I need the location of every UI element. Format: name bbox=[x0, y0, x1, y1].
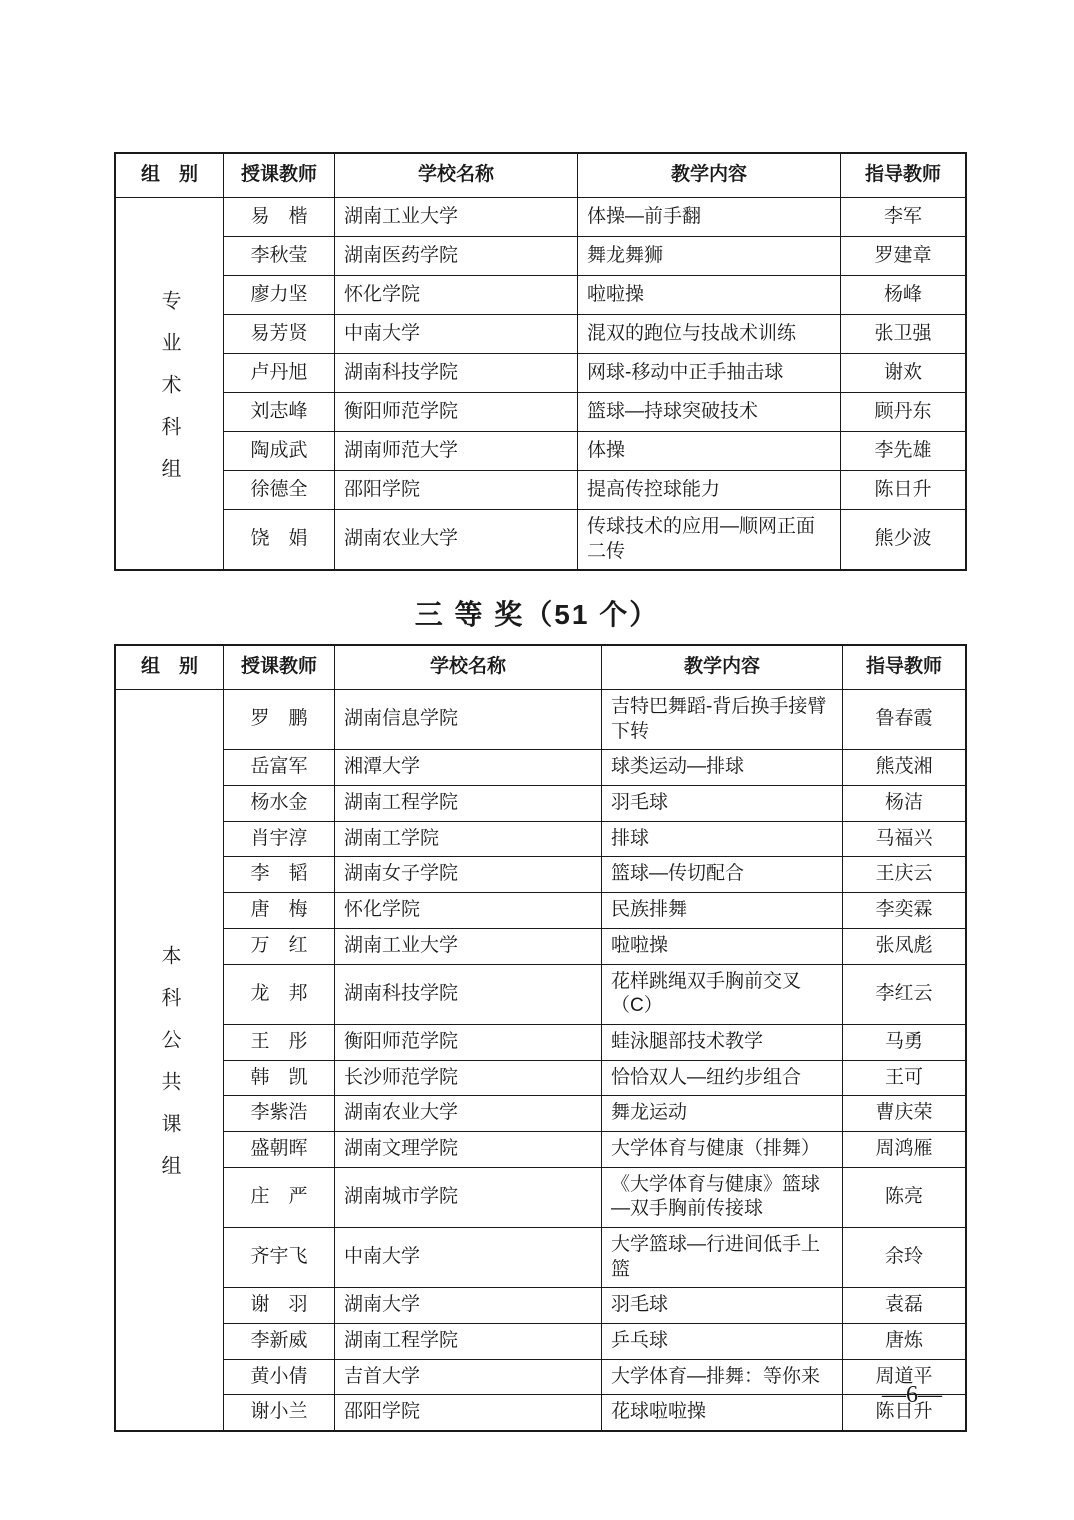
school-name: 中南大学 bbox=[335, 1228, 602, 1287]
teaching-content: 乒乓球 bbox=[602, 1324, 843, 1359]
teacher-name: 岳富军 bbox=[224, 750, 335, 785]
advisor-name: 袁磊 bbox=[843, 1288, 965, 1323]
advisor-name: 谢欢 bbox=[841, 354, 965, 392]
table-row: 卢丹旭 湖南科技学院 网球-移动中正手抽击球 谢欢 bbox=[224, 353, 965, 392]
teaching-content: 舞龙舞狮 bbox=[578, 237, 841, 275]
advisor-name: 马勇 bbox=[843, 1025, 965, 1060]
column-header-advisor: 指导教师 bbox=[841, 154, 965, 197]
advisor-name: 杨峰 bbox=[841, 276, 965, 314]
advisor-name: 鲁春霞 bbox=[843, 690, 965, 749]
teacher-name: 庄 严 bbox=[224, 1168, 335, 1227]
advisor-name: 顾丹东 bbox=[841, 393, 965, 431]
teaching-content: 提高传控球能力 bbox=[578, 471, 841, 509]
advisor-name: 余玲 bbox=[843, 1228, 965, 1287]
table-row: 陶成武 湖南师范大学 体操 李先雄 bbox=[224, 431, 965, 470]
table-header-row: 组 别 授课教师 学校名称 教学内容 指导教师 bbox=[116, 646, 965, 689]
teaching-content: 花样跳绳双手胸前交叉（C） bbox=[602, 965, 843, 1024]
advisor-name: 陈亮 bbox=[843, 1168, 965, 1227]
teacher-name: 谢小兰 bbox=[224, 1395, 335, 1430]
school-name: 怀化学院 bbox=[335, 276, 578, 314]
table-row: 李秋莹 湖南医药学院 舞龙舞狮 罗建章 bbox=[224, 236, 965, 275]
document-page: 组 别 授课教师 学校名称 教学内容 指导教师 专业术科组 易 楷 湖南工业大学… bbox=[0, 0, 1074, 1520]
table-row: 易芳贤 中南大学 混双的跑位与技战术训练 张卫强 bbox=[224, 314, 965, 353]
advisor-name: 唐炼 bbox=[843, 1324, 965, 1359]
school-name: 湖南科技学院 bbox=[335, 354, 578, 392]
advisor-name: 杨洁 bbox=[843, 786, 965, 821]
table-row: 杨水金 湖南工程学院 羽毛球 杨洁 bbox=[224, 785, 965, 821]
teaching-content: 羽毛球 bbox=[602, 786, 843, 821]
table-row: 万 红 湖南工业大学 啦啦操 张凤彪 bbox=[224, 928, 965, 964]
section-title: 三 等 奖（51 个） bbox=[0, 593, 1074, 633]
advisor-name: 李红云 bbox=[843, 965, 965, 1024]
table-body: 专业术科组 易 楷 湖南工业大学 体操—前手翻 李军 李秋莹 湖南医药学院 舞龙… bbox=[116, 197, 965, 569]
school-name: 中南大学 bbox=[335, 315, 578, 353]
teacher-name: 黄小倩 bbox=[224, 1360, 335, 1395]
teacher-name: 饶 娟 bbox=[224, 510, 335, 569]
group-cell: 专业术科组 bbox=[116, 198, 224, 569]
teacher-name: 徐德全 bbox=[224, 471, 335, 509]
table-row: 盛朝晖 湖南文理学院 大学体育与健康（排舞） 周鸿雁 bbox=[224, 1131, 965, 1167]
teaching-content: 大学篮球—行进间低手上篮 bbox=[602, 1228, 843, 1287]
teacher-name: 李秋莹 bbox=[224, 237, 335, 275]
teacher-name: 杨水金 bbox=[224, 786, 335, 821]
table-row: 黄小倩 吉首大学 大学体育—排舞：等你来 周道平 bbox=[224, 1359, 965, 1395]
teaching-content: 《大学体育与健康》篮球—双手胸前传接球 bbox=[602, 1168, 843, 1227]
school-name: 湖南女子学院 bbox=[335, 857, 602, 892]
teaching-content: 篮球—传切配合 bbox=[602, 857, 843, 892]
table-row: 谢 羽 湖南大学 羽毛球 袁磊 bbox=[224, 1287, 965, 1323]
teacher-name: 齐宇飞 bbox=[224, 1228, 335, 1287]
teaching-content: 球类运动—排球 bbox=[602, 750, 843, 785]
teaching-content: 花球啦啦操 bbox=[602, 1395, 843, 1430]
advisor-name: 曹庆荣 bbox=[843, 1096, 965, 1131]
teacher-name: 万 红 bbox=[224, 929, 335, 964]
school-name: 湖南师范大学 bbox=[335, 432, 578, 470]
advisor-name: 张卫强 bbox=[841, 315, 965, 353]
school-name: 湖南城市学院 bbox=[335, 1168, 602, 1227]
teaching-content: 蛙泳腿部技术教学 bbox=[602, 1025, 843, 1060]
teaching-content: 舞龙运动 bbox=[602, 1096, 843, 1131]
teacher-name: 龙 邦 bbox=[224, 965, 335, 1024]
table-row: 李紫浩 湖南农业大学 舞龙运动 曹庆荣 bbox=[224, 1095, 965, 1131]
table-row: 廖力坚 怀化学院 啦啦操 杨峰 bbox=[224, 275, 965, 314]
school-name: 长沙师范学院 bbox=[335, 1061, 602, 1096]
school-name: 湖南农业大学 bbox=[335, 1096, 602, 1131]
table-row: 谢小兰 邵阳学院 花球啦啦操 陈日升 bbox=[224, 1394, 965, 1430]
advisor-name: 王可 bbox=[843, 1061, 965, 1096]
teaching-content: 体操—前手翻 bbox=[578, 198, 841, 236]
teaching-content: 篮球—持球突破技术 bbox=[578, 393, 841, 431]
column-header-content: 教学内容 bbox=[602, 646, 843, 689]
teaching-content: 羽毛球 bbox=[602, 1288, 843, 1323]
table-row: 李新威 湖南工程学院 乒乓球 唐炼 bbox=[224, 1323, 965, 1359]
teacher-name: 李 韬 bbox=[224, 857, 335, 892]
column-header-teacher: 授课教师 bbox=[224, 646, 335, 689]
table-row: 肖宇淳 湖南工学院 排球 马福兴 bbox=[224, 821, 965, 857]
column-header-school: 学校名称 bbox=[335, 154, 578, 197]
school-name: 邵阳学院 bbox=[335, 1395, 602, 1430]
teacher-name: 王 彤 bbox=[224, 1025, 335, 1060]
school-name: 邵阳学院 bbox=[335, 471, 578, 509]
school-name: 湖南医药学院 bbox=[335, 237, 578, 275]
teacher-name: 谢 羽 bbox=[224, 1288, 335, 1323]
advisor-name: 熊茂湘 bbox=[843, 750, 965, 785]
advisor-name: 马福兴 bbox=[843, 822, 965, 857]
advisor-name: 王庆云 bbox=[843, 857, 965, 892]
teaching-content: 网球-移动中正手抽击球 bbox=[578, 354, 841, 392]
advisor-name: 陈日升 bbox=[841, 471, 965, 509]
table-row: 龙 邦 湖南科技学院 花样跳绳双手胸前交叉（C） 李红云 bbox=[224, 964, 965, 1024]
teacher-name: 刘志峰 bbox=[224, 393, 335, 431]
advisor-name: 李先雄 bbox=[841, 432, 965, 470]
school-name: 湖南工业大学 bbox=[335, 929, 602, 964]
column-header-group: 组 别 bbox=[116, 646, 224, 689]
teaching-content: 民族排舞 bbox=[602, 893, 843, 928]
school-name: 衡阳师范学院 bbox=[335, 393, 578, 431]
school-name: 湖南大学 bbox=[335, 1288, 602, 1323]
table-body: 本科公共课组 罗 鹏 湖南信息学院 吉特巴舞蹈-背后换手接臂下转 鲁春霞 岳富军… bbox=[116, 689, 965, 1430]
advisor-name: 张凤彪 bbox=[843, 929, 965, 964]
table-row: 王 彤 衡阳师范学院 蛙泳腿部技术教学 马勇 bbox=[224, 1024, 965, 1060]
group-label: 专业术科组 bbox=[155, 290, 184, 500]
school-name: 湖南工程学院 bbox=[335, 1324, 602, 1359]
table-row: 罗 鹏 湖南信息学院 吉特巴舞蹈-背后换手接臂下转 鲁春霞 bbox=[224, 690, 965, 749]
teacher-name: 卢丹旭 bbox=[224, 354, 335, 392]
column-header-advisor: 指导教师 bbox=[843, 646, 965, 689]
teacher-name: 唐 梅 bbox=[224, 893, 335, 928]
group-cell: 本科公共课组 bbox=[116, 690, 224, 1430]
school-name: 衡阳师范学院 bbox=[335, 1025, 602, 1060]
table-rows: 罗 鹏 湖南信息学院 吉特巴舞蹈-背后换手接臂下转 鲁春霞 岳富军 湘潭大学 球… bbox=[224, 690, 965, 1430]
teaching-content: 恰恰双人—纽约步组合 bbox=[602, 1061, 843, 1096]
school-name: 湖南文理学院 bbox=[335, 1132, 602, 1167]
teacher-name: 韩 凯 bbox=[224, 1061, 335, 1096]
teaching-content: 啦啦操 bbox=[602, 929, 843, 964]
table-row: 齐宇飞 中南大学 大学篮球—行进间低手上篮 余玲 bbox=[224, 1227, 965, 1287]
school-name: 湖南工程学院 bbox=[335, 786, 602, 821]
table-rows: 易 楷 湖南工业大学 体操—前手翻 李军 李秋莹 湖南医药学院 舞龙舞狮 罗建章… bbox=[224, 198, 965, 569]
school-name: 湘潭大学 bbox=[335, 750, 602, 785]
teacher-name: 罗 鹏 bbox=[224, 690, 335, 749]
school-name: 湖南工业大学 bbox=[335, 198, 578, 236]
teaching-content: 传球技术的应用—顺网正面二传 bbox=[578, 510, 841, 569]
teacher-name: 盛朝晖 bbox=[224, 1132, 335, 1167]
page-number: —6— bbox=[882, 1382, 942, 1409]
column-header-school: 学校名称 bbox=[335, 646, 602, 689]
teacher-name: 肖宇淳 bbox=[224, 822, 335, 857]
teaching-content: 啦啦操 bbox=[578, 276, 841, 314]
table-row: 唐 梅 怀化学院 民族排舞 李奕霖 bbox=[224, 892, 965, 928]
advisor-name: 李奕霖 bbox=[843, 893, 965, 928]
table-row: 岳富军 湘潭大学 球类运动—排球 熊茂湘 bbox=[224, 749, 965, 785]
advisor-name: 李军 bbox=[841, 198, 965, 236]
advisor-name: 熊少波 bbox=[841, 510, 965, 569]
teaching-content: 混双的跑位与技战术训练 bbox=[578, 315, 841, 353]
award-table-professional-group: 组 别 授课教师 学校名称 教学内容 指导教师 专业术科组 易 楷 湖南工业大学… bbox=[114, 152, 967, 571]
teaching-content: 吉特巴舞蹈-背后换手接臂下转 bbox=[602, 690, 843, 749]
advisor-name: 罗建章 bbox=[841, 237, 965, 275]
school-name: 怀化学院 bbox=[335, 893, 602, 928]
school-name: 吉首大学 bbox=[335, 1360, 602, 1395]
teaching-content: 大学体育—排舞：等你来 bbox=[602, 1360, 843, 1395]
column-header-teacher: 授课教师 bbox=[224, 154, 335, 197]
school-name: 湖南科技学院 bbox=[335, 965, 602, 1024]
teaching-content: 大学体育与健康（排舞） bbox=[602, 1132, 843, 1167]
school-name: 湖南农业大学 bbox=[335, 510, 578, 569]
teacher-name: 陶成武 bbox=[224, 432, 335, 470]
school-name: 湖南工学院 bbox=[335, 822, 602, 857]
table-row: 庄 严 湖南城市学院 《大学体育与健康》篮球—双手胸前传接球 陈亮 bbox=[224, 1167, 965, 1227]
table-row: 刘志峰 衡阳师范学院 篮球—持球突破技术 顾丹东 bbox=[224, 392, 965, 431]
teacher-name: 李新威 bbox=[224, 1324, 335, 1359]
school-name: 湖南信息学院 bbox=[335, 690, 602, 749]
column-header-content: 教学内容 bbox=[578, 154, 841, 197]
teaching-content: 体操 bbox=[578, 432, 841, 470]
group-label: 本科公共课组 bbox=[155, 945, 184, 1197]
column-header-group: 组 别 bbox=[116, 154, 224, 197]
teacher-name: 李紫浩 bbox=[224, 1096, 335, 1131]
table-row: 李 韬 湖南女子学院 篮球—传切配合 王庆云 bbox=[224, 856, 965, 892]
table-header-row: 组 别 授课教师 学校名称 教学内容 指导教师 bbox=[116, 154, 965, 197]
table-row: 易 楷 湖南工业大学 体操—前手翻 李军 bbox=[224, 198, 965, 236]
advisor-name: 周鸿雁 bbox=[843, 1132, 965, 1167]
table-row: 韩 凯 长沙师范学院 恰恰双人—纽约步组合 王可 bbox=[224, 1060, 965, 1096]
teaching-content: 排球 bbox=[602, 822, 843, 857]
teacher-name: 易 楷 bbox=[224, 198, 335, 236]
table-row: 徐德全 邵阳学院 提高传控球能力 陈日升 bbox=[224, 470, 965, 509]
award-table-third-prize: 组 别 授课教师 学校名称 教学内容 指导教师 本科公共课组 罗 鹏 湖南信息学… bbox=[114, 644, 967, 1432]
teacher-name: 易芳贤 bbox=[224, 315, 335, 353]
teacher-name: 廖力坚 bbox=[224, 276, 335, 314]
table-row: 饶 娟 湖南农业大学 传球技术的应用—顺网正面二传 熊少波 bbox=[224, 509, 965, 569]
